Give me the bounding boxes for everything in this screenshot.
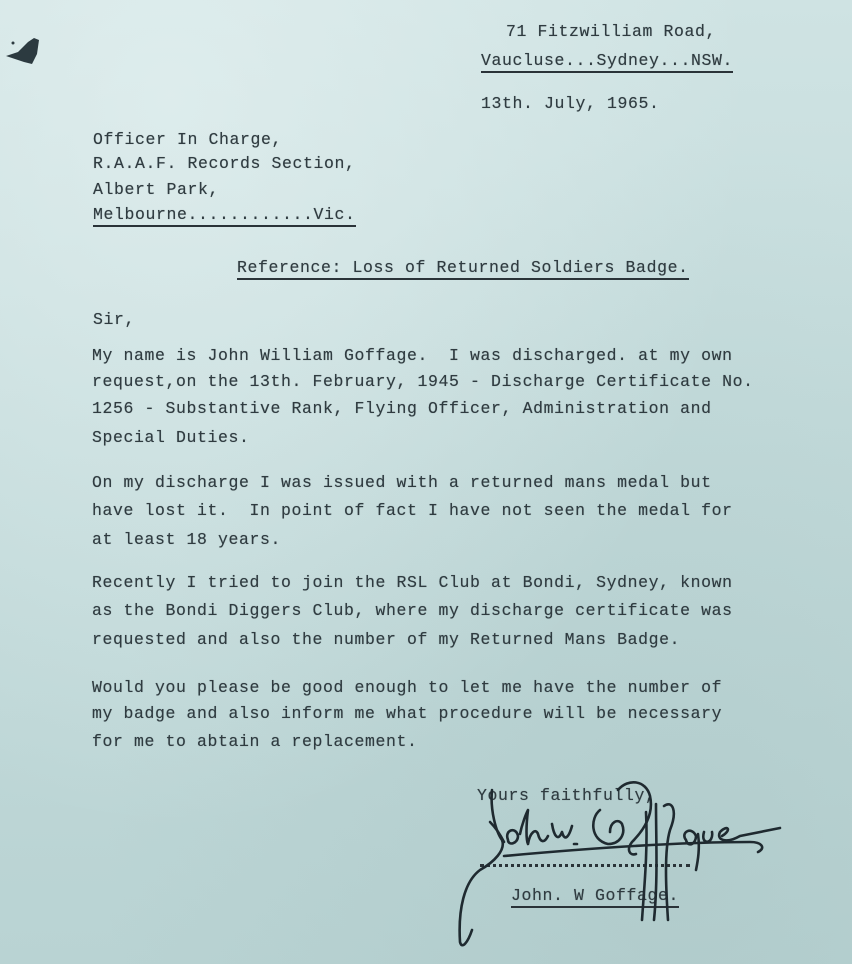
paragraph-line: request,on the 13th. February, 1945 - Di… (92, 372, 754, 391)
paragraph-line: 1256 - Substantive Rank, Flying Officer,… (92, 399, 712, 418)
paragraph-line: Recently I tried to join the RSL Club at… (92, 573, 733, 592)
paragraph-line: Would you please be good enough to let m… (92, 678, 722, 697)
letter-date: 13th. July, 1965. (481, 94, 660, 113)
paragraph-line: requested and also the number of my Retu… (92, 630, 680, 649)
handwritten-signature (450, 770, 790, 960)
paragraph-line: On my discharge I was issued with a retu… (92, 473, 712, 492)
sender-street: 71 Fitzwilliam Road, (506, 22, 716, 41)
paragraph-line: have lost it. In point of fact I have no… (92, 501, 733, 520)
recipient-line-3: Albert Park, (93, 180, 219, 199)
recipient-line-1: Officer In Charge, (93, 130, 282, 149)
paragraph-line: at least 18 years. (92, 530, 281, 549)
sender-locality: Vaucluse...Sydney...NSW. (481, 51, 733, 73)
paragraph-line: for me to abtain a replacement. (92, 732, 418, 751)
reference-line: Reference: Loss of Returned Soldiers Bad… (237, 258, 689, 280)
paper-tear-mark (4, 34, 42, 68)
paragraph-line: Special Duties. (92, 428, 250, 447)
letter-page: 71 Fitzwilliam Road, Vaucluse...Sydney..… (0, 0, 852, 964)
paragraph-line: as the Bondi Diggers Club, where my disc… (92, 601, 733, 620)
paragraph-line: my badge and also inform me what procedu… (92, 704, 722, 723)
salutation: Sir, (93, 310, 135, 329)
paragraph-line: My name is John William Goffage. I was d… (92, 346, 733, 365)
recipient-line-2: R.A.A.F. Records Section, (93, 154, 356, 173)
recipient-line-4: Melbourne............Vic. (93, 205, 356, 227)
